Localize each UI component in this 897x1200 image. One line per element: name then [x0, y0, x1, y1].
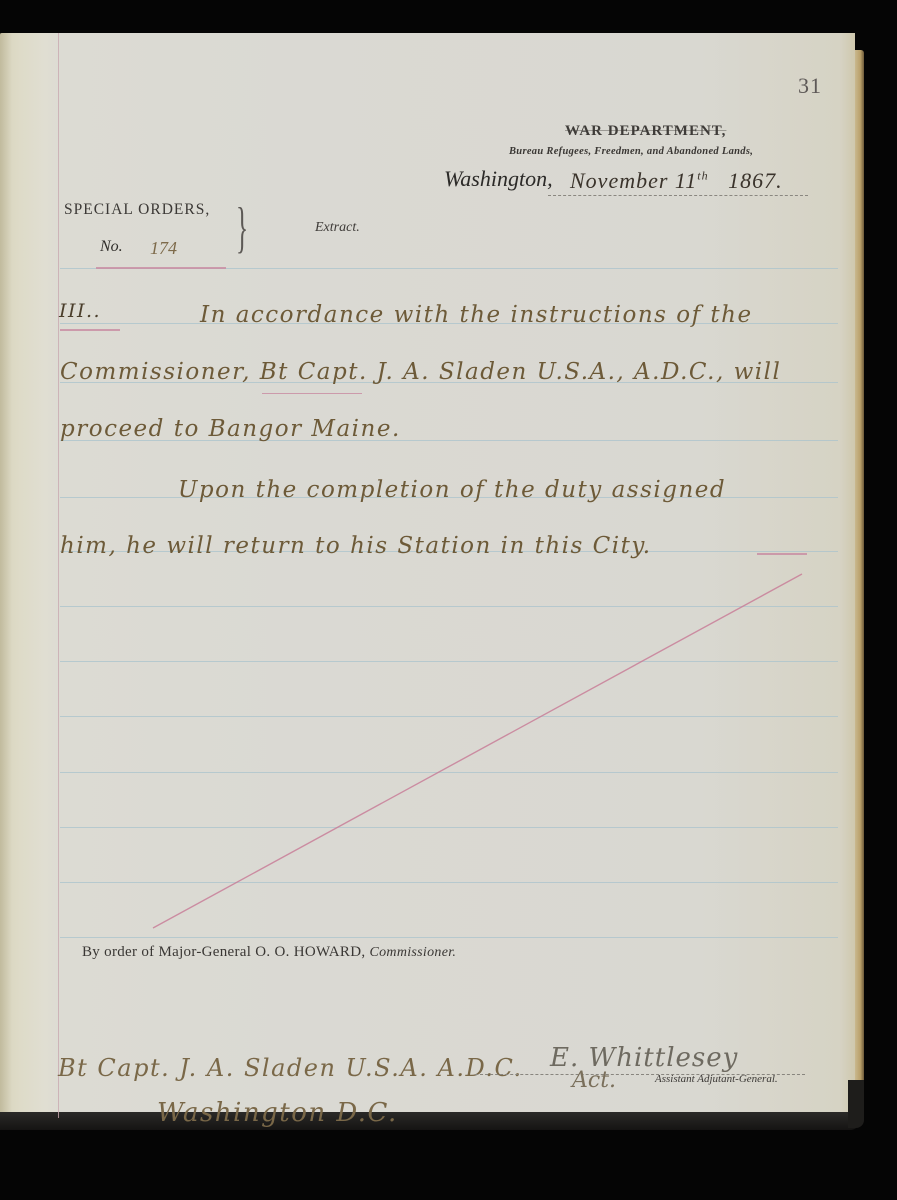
extract-label: Extract. — [315, 220, 360, 236]
book-cover-bottom — [0, 1112, 860, 1130]
special-orders-label: SPECIAL ORDERS, — [64, 201, 210, 219]
body-line: In accordance with the instructions of t… — [200, 302, 753, 328]
ruled-line — [60, 606, 838, 607]
bureau-subtitle: Bureau Refugees, Freedmen, and Abandoned… — [509, 146, 753, 157]
date-suffix: th — [697, 169, 708, 183]
handwritten-date: November 11th 1867. — [570, 168, 783, 194]
order-number-label: No. — [100, 238, 123, 256]
addressee-line: Washington D.C. — [157, 1098, 398, 1128]
body-line: proceed to Bangor Maine. — [60, 416, 401, 442]
name-underline — [262, 393, 362, 394]
paragraph-number: III.. — [59, 300, 101, 322]
ruled-line — [60, 937, 838, 938]
margin-rule — [58, 33, 59, 1118]
order-number-underline — [96, 267, 226, 269]
body-line: Commissioner, Bt Capt. J. A. Sladen U.S.… — [60, 359, 781, 385]
date-dotted-line — [548, 195, 808, 196]
acting-prefix: Act. — [572, 1068, 616, 1093]
page-edges — [855, 50, 864, 1115]
addressee-line: Bt Capt. J. A. Sladen U.S.A. A.D.C. — [58, 1054, 523, 1082]
paragraph-number-underline — [60, 329, 120, 331]
date-year: 1867. — [728, 168, 783, 193]
date-month-day: November 11 — [570, 168, 697, 193]
ruled-line — [60, 661, 838, 662]
ruled-line — [60, 882, 838, 883]
department-title: WAR DEPARTMENT, — [565, 123, 726, 140]
ruled-line — [60, 716, 838, 717]
body-line: Upon the completion of the duty assigned — [178, 477, 726, 503]
ruled-line — [60, 827, 838, 828]
body-line: him, he will return to his Station in th… — [60, 533, 652, 559]
by-order-text: By order of Major-General O. O. HOWARD, — [82, 944, 365, 960]
line-end-dash — [757, 553, 807, 555]
place-label: Washington, — [444, 166, 553, 192]
page-gutter-shadow — [0, 33, 12, 1118]
ruled-line — [60, 772, 838, 773]
order-number-value: 174 — [150, 238, 177, 259]
book-cover-corner — [848, 1080, 864, 1128]
commissioner-title: Commissioner. — [369, 945, 456, 960]
by-order-line: By order of Major-General O. O. HOWARD, … — [82, 944, 456, 961]
brace-icon: } — [236, 196, 248, 260]
page-number: 31 — [798, 73, 822, 99]
signature-title: Assistant Adjutant-General. — [655, 1073, 778, 1085]
